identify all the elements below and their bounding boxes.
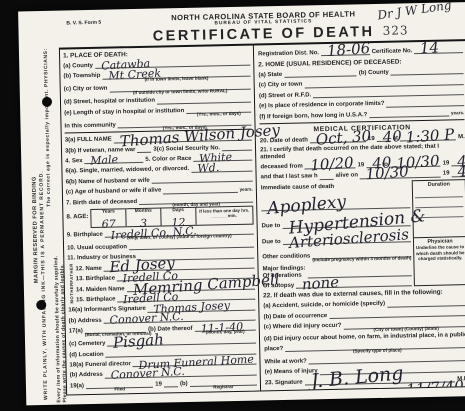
write-line: Thomas Wilson Josey <box>114 132 252 143</box>
filing-year-label: 19 <box>155 381 162 387</box>
spouse-age-label: (c) Age of husband or wife if alive <box>66 188 162 196</box>
home-foreign-label: (f) If foreign born, how long in U.S.A.? <box>259 112 367 121</box>
due-to-2-row: Due to Arteriosclerosis <box>262 235 411 246</box>
write-line <box>387 298 465 308</box>
filing-row: 19(a) Filed 19 (b) Registrar <box>70 378 257 390</box>
immediate-cause-row: Immediate cause of death <box>261 182 410 191</box>
write-line: Pisgah <box>107 336 256 347</box>
write-line: Memring Campbell <box>127 281 255 292</box>
cause-fields: Immediate cause of death Apoplexy Due to… <box>261 180 412 290</box>
injury-place2-label: place? <box>264 346 283 353</box>
write-line: Male <box>85 155 144 164</box>
last-year-handwriting: 40 <box>457 163 465 180</box>
age-years-cell: Years 67 <box>91 209 126 227</box>
registrar-label: Registrar <box>190 385 257 391</box>
write-line: Wd. <box>191 163 252 172</box>
write-line: (City or town) (County) (State) <box>343 319 465 330</box>
age-years-label: Years <box>91 209 125 215</box>
write-line <box>284 69 357 79</box>
physician-signature-label: 23. Signature <box>265 379 303 386</box>
year-prefix: 19 <box>443 171 450 177</box>
write-line <box>304 77 463 88</box>
year-prefix: 19 <box>357 162 364 168</box>
write-line: 11-1-40 (Month, day, year) <box>194 323 255 332</box>
home-corporate-label: (e) Is place of residence in corporate l… <box>259 101 384 110</box>
death-time-handwriting: 1:30 P <box>405 127 455 146</box>
township-label: (b) Township <box>63 73 100 80</box>
age-table: Years 67 Months 3 Days 12 If less than o… <box>90 205 253 227</box>
write-line: 14 <box>414 45 463 54</box>
write-line <box>320 172 334 180</box>
write-line <box>386 98 464 108</box>
accident-label: (a) Accident, suicide, or homicide (spec… <box>263 301 385 310</box>
full-name-label: 3(a) FULL NAME <box>65 137 112 144</box>
write-line: Ed Josey <box>104 261 255 272</box>
year-prefix: 19 <box>443 160 450 166</box>
write-line <box>164 379 178 387</box>
write-line: Conover N.C. <box>105 367 257 378</box>
physician-note-box: Physician Underline the cause to which d… <box>414 237 465 285</box>
father-side-label: FATHER <box>69 263 74 283</box>
location-label: (d) Location <box>69 351 103 358</box>
filing-label-b: (b) <box>180 381 188 387</box>
autopsy-row: Of autopsy none <box>263 279 412 290</box>
date-signed-handwriting: 11/7/40 <box>405 378 464 395</box>
cause-of-death-section: Immediate cause of death Apoplexy Due to… <box>261 179 465 290</box>
community-label: In this community <box>64 122 115 129</box>
physician-address-label: Address <box>265 390 289 396</box>
certificate-no-handwriting: 14 <box>420 40 440 57</box>
duration-box: Duration <box>413 180 465 239</box>
write-line: (month, day and year) <box>139 194 253 204</box>
due-to-2-label: Due to <box>262 239 281 246</box>
underline-note: Underline the cause to which death shoul… <box>415 244 465 262</box>
write-line <box>391 67 464 77</box>
age-months-label: Months <box>126 208 160 214</box>
write-line <box>137 145 151 153</box>
home-foreign-row: (f) If foreign born, how long in U.S.A.?… <box>259 108 464 120</box>
write-line: Mt Creek (If in town limits, leave blank… <box>102 68 250 79</box>
age-days-label: Days <box>161 208 195 214</box>
write-line: none <box>296 279 412 289</box>
home-street-label: (d) Street or R.F.D. <box>259 92 311 99</box>
spouse-label: 6(b) Name of husband or wife <box>66 178 150 186</box>
father-name-label: 12. Name <box>75 266 101 273</box>
home-county-label: (b) County <box>359 70 389 77</box>
autopsy-handwriting: none <box>302 274 340 292</box>
alive-on-label: alive on <box>336 173 358 180</box>
date-of-death-handwriting: Oct, 30 <box>315 128 371 148</box>
form-number: B. V. S. Form 5 <box>66 20 101 27</box>
age-label: 8. AGE: <box>66 209 89 228</box>
where-injury-row: (c) Where did injury occur? (City or tow… <box>264 319 465 331</box>
write-line: Oct, 30 <box>310 135 366 144</box>
write-line: (Specify type of place) <box>285 340 465 352</box>
write-line: (Yrs., mos., or days) <box>186 105 251 114</box>
due-to-1-label: Due to <box>262 223 281 230</box>
write-line: 10/20 <box>305 161 356 170</box>
birthdate-label: 7. Birth date of deceased <box>66 199 137 207</box>
age-lessday-cell: If less than one day hrs. ______ min. <box>196 207 253 225</box>
filed-label: Filed <box>86 387 153 393</box>
sex-handwriting: Male <box>90 154 118 167</box>
write-line: 10/30 <box>360 169 441 179</box>
other-conditions-label: Other conditions <box>262 254 310 261</box>
marital-label: 6(a). Single, married, widowed, or divor… <box>65 166 189 175</box>
left-column: 1. PLACE OF DEATH: (a) County Catawba (b… <box>60 46 261 395</box>
home-state-label: (a) State <box>258 72 282 79</box>
write-line <box>369 108 449 118</box>
mother-birthplace-label: 15. Birthplace <box>76 296 115 303</box>
occurrence-date-label: (b) Date of occurrence <box>263 313 327 321</box>
write-line: 40 <box>377 134 391 142</box>
street-label: (d) Street, hospital or institution <box>64 98 155 106</box>
certificate-form: 1. PLACE OF DEATH: (a) County Catawba (b… <box>59 39 465 395</box>
write-line <box>163 184 237 194</box>
write-line: (If outside city or town limits, write R… <box>109 81 250 92</box>
home-foreign-unit: years. <box>451 111 464 116</box>
city-row: (c) City or town (If outside city or tow… <box>64 81 251 93</box>
race-label: 5. Color or Race <box>145 156 191 163</box>
immediate-cause-label: Immediate cause of death <box>261 184 334 192</box>
write-line <box>329 308 465 319</box>
county-label: (a) County <box>63 63 93 70</box>
home-city-label: (c) City or town <box>259 82 303 89</box>
mother-name-label: 14. Maiden Name <box>76 286 125 293</box>
registration-dist-label: Registration Dist. No. <box>258 50 319 58</box>
duration-physician-sidebar: Duration Physician Underline the cause t… <box>412 179 465 287</box>
date-signed-label: Date signed <box>364 388 398 395</box>
director-address-label: (b) Address <box>70 372 103 379</box>
mother-side-label: MOTHER <box>69 283 74 304</box>
birthplace-label: 9. Birthplace <box>67 232 103 239</box>
stay-label: (e) Length of stay in hospital or instit… <box>64 108 184 117</box>
city-label: (c) City or town <box>64 86 108 93</box>
marital-handwriting: Wd. <box>197 162 219 175</box>
write-line: (Include pregnancy within 3 months of de… <box>312 250 411 260</box>
write-line: Iredell Co. N.C. (City, town, or county)… <box>105 227 254 238</box>
header-center: NORTH CAROLINA STATE BOARD OF HEALTH Bur… <box>148 9 379 45</box>
at-work-label: While at work? <box>264 358 306 365</box>
write-line: 18-06 <box>321 47 370 56</box>
occupation-label: 10. Usual occupation <box>67 244 127 252</box>
sex-label: 4. Sex <box>65 158 82 165</box>
punch-hole <box>42 97 52 107</box>
right-column: Registration Dist. No. 18-06 Certificate… <box>254 41 465 390</box>
write-line: Registrar <box>190 378 257 387</box>
birthdate-row: 7. Birth date of deceased (month, day an… <box>66 194 253 206</box>
write-line <box>129 240 254 251</box>
ruled-line <box>415 207 463 218</box>
write-line: White <box>193 153 252 162</box>
filing-label-a: 19(a) <box>70 383 84 390</box>
burial-label: 17(a) <box>69 328 83 335</box>
age-months-cell: Months 3 <box>126 208 161 226</box>
write-line: Arteriosclerosis <box>283 235 411 246</box>
certificate-scan: MARGIN RESERVED FOR BINDING WRITE PLAINL… <box>18 2 465 405</box>
write-line <box>152 174 253 184</box>
write-line: 40 <box>451 169 465 177</box>
write-line: 1:30 P <box>400 133 456 142</box>
attended-from-label: deceased from <box>260 164 302 171</box>
write-line: 11/7/40 <box>400 385 465 394</box>
stamp-number: 323 <box>383 23 409 38</box>
informant-address-label: (b) Address <box>69 318 102 325</box>
certificate-no-label: Certificate No. <box>372 48 413 55</box>
where-injury-label: (c) Where did injury occur? <box>264 323 342 331</box>
last-saw-label: and that I last saw h <box>261 174 318 181</box>
age-days-cell: Days 12 <box>161 208 196 226</box>
registration-row: Registration Dist. No. 18-06 Certificate… <box>258 45 463 57</box>
age-row: 8. AGE: Years 67 Months 3 Days 12 <box>66 205 253 228</box>
other-conditions-note: (Include pregnancy within 3 months of de… <box>312 257 411 264</box>
write-line <box>291 387 362 396</box>
stay-row: (e) Length of stay in hospital or instit… <box>64 105 251 117</box>
registration-dist-handwriting: 18-06 <box>326 41 370 60</box>
cemetery-label: (c) Cemetery <box>69 341 105 348</box>
write-line: Catawba <box>95 58 250 69</box>
township-row: (b) Township Mt Creek (If in town limits… <box>63 68 250 80</box>
date-of-death-row: 20. Date of death Oct, 30 19 40 at 1:30 … <box>260 132 465 144</box>
write-line: Filed <box>86 380 153 389</box>
meridiem-label: M. <box>458 134 465 140</box>
last-saw-handwriting: 10/30 <box>365 164 409 183</box>
write-line <box>313 87 464 98</box>
spouse-age-unit: years. <box>240 187 253 192</box>
doctor-annotation-handwriting: Dr J W Long <box>377 0 453 22</box>
write-line <box>157 94 251 104</box>
injury-place-line-row: place? (Specify type of place) <box>264 340 465 352</box>
other-conditions-row: Other conditions (Include pregnancy with… <box>262 250 411 261</box>
